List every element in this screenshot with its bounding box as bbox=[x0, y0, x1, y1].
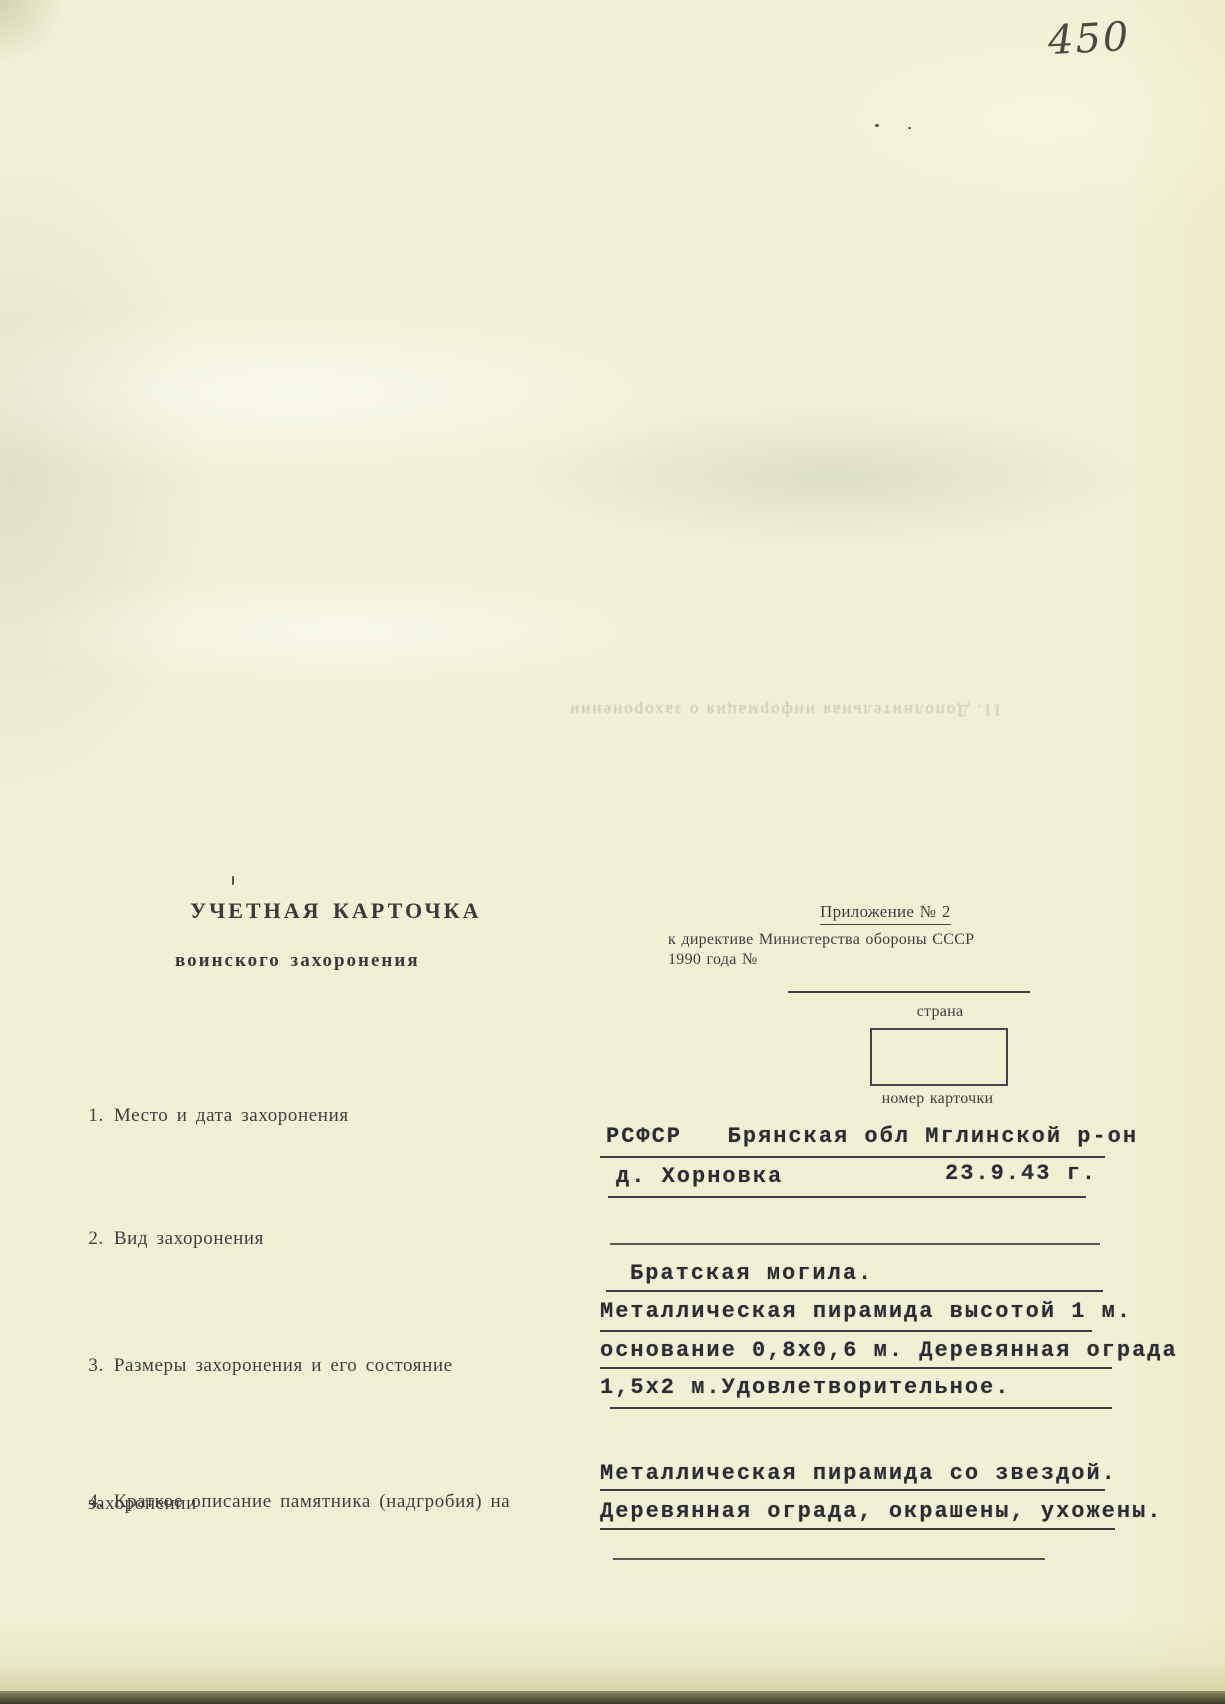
ruled-line bbox=[600, 1367, 1112, 1369]
field-1-label-text: Место и дата захоронения bbox=[114, 1105, 349, 1126]
ruled-line bbox=[613, 1558, 1045, 1560]
field-2-value-line-1: Братская могила. bbox=[630, 1261, 873, 1286]
ruled-line bbox=[788, 991, 1030, 993]
handwritten-page-number: 450 bbox=[1047, 14, 1132, 64]
field-2-label-text: Вид захоронения bbox=[114, 1228, 264, 1249]
ink-speck bbox=[232, 876, 234, 885]
ruled-line bbox=[606, 1290, 1103, 1292]
scan-edge-shadow bbox=[0, 1665, 1225, 1691]
ink-speck bbox=[875, 124, 879, 127]
field-3-value-line-3: 1,5х2 м.Удовлетворительное. bbox=[600, 1375, 1010, 1400]
ruled-line bbox=[600, 1528, 1115, 1530]
scan-edge bbox=[0, 1691, 1225, 1704]
field-4-value-line-1: Металлическая пирамида со звездой. bbox=[600, 1461, 1117, 1486]
field-1-label: 1.Место и дата захоронения bbox=[55, 1083, 349, 1149]
field-4-label-text-line-2: захоронении bbox=[88, 1493, 197, 1515]
field-3-label: 3.Размеры захоронения и его состояние bbox=[55, 1333, 453, 1399]
country-label: страна bbox=[870, 1003, 1010, 1021]
field-1-value-line-1: РСФСР Брянская обл Мглинской р-он bbox=[606, 1124, 1138, 1149]
field-3-number: 3. bbox=[88, 1355, 103, 1376]
field-1-value-line-2-date: 23.9.43 г. bbox=[945, 1161, 1097, 1186]
card-number-label: номер карточки bbox=[855, 1090, 1020, 1108]
ink-speck bbox=[908, 127, 911, 129]
annex-year-line: 1990 года № bbox=[668, 951, 758, 969]
field-2-number: 2. bbox=[88, 1228, 103, 1249]
annex-heading: Приложение № 2 bbox=[820, 902, 951, 925]
ruled-line bbox=[608, 1196, 1086, 1198]
ruled-line bbox=[610, 1407, 1112, 1409]
annex-directive-line: к директиве Министерства обороны СССР bbox=[668, 931, 974, 949]
field-1-number: 1. bbox=[88, 1105, 103, 1126]
card-title: УЧЕТНАЯ КАРТОЧКА bbox=[190, 898, 482, 924]
ruled-line bbox=[600, 1330, 1092, 1332]
ruled-line bbox=[600, 1156, 1105, 1158]
field-3-value-line-1: Металлическая пирамида высотой 1 м. bbox=[600, 1299, 1132, 1324]
scanned-burial-registration-card: 450 11. Дополнительная информация о захо… bbox=[0, 0, 1225, 1704]
field-3-value-line-2: основание 0,8х0,6 м. Деревянная ограда bbox=[600, 1338, 1178, 1363]
bleedthrough-text: 11. Дополнительная информация о захороне… bbox=[545, 700, 1025, 720]
ruled-line bbox=[610, 1243, 1100, 1245]
field-3-label-text: Размеры захоронения и его состояние bbox=[114, 1355, 453, 1376]
field-2-label: 2.Вид захоронения bbox=[55, 1206, 264, 1272]
field-4-value-line-2: Деревянная ограда, окрашены, ухожены. bbox=[600, 1499, 1162, 1524]
ruled-line bbox=[600, 1489, 1105, 1491]
card-subtitle: воинского захоронения bbox=[175, 950, 420, 972]
field-1-value-line-2-place: д. Хорновка bbox=[616, 1164, 783, 1189]
card-number-box bbox=[870, 1028, 1008, 1086]
